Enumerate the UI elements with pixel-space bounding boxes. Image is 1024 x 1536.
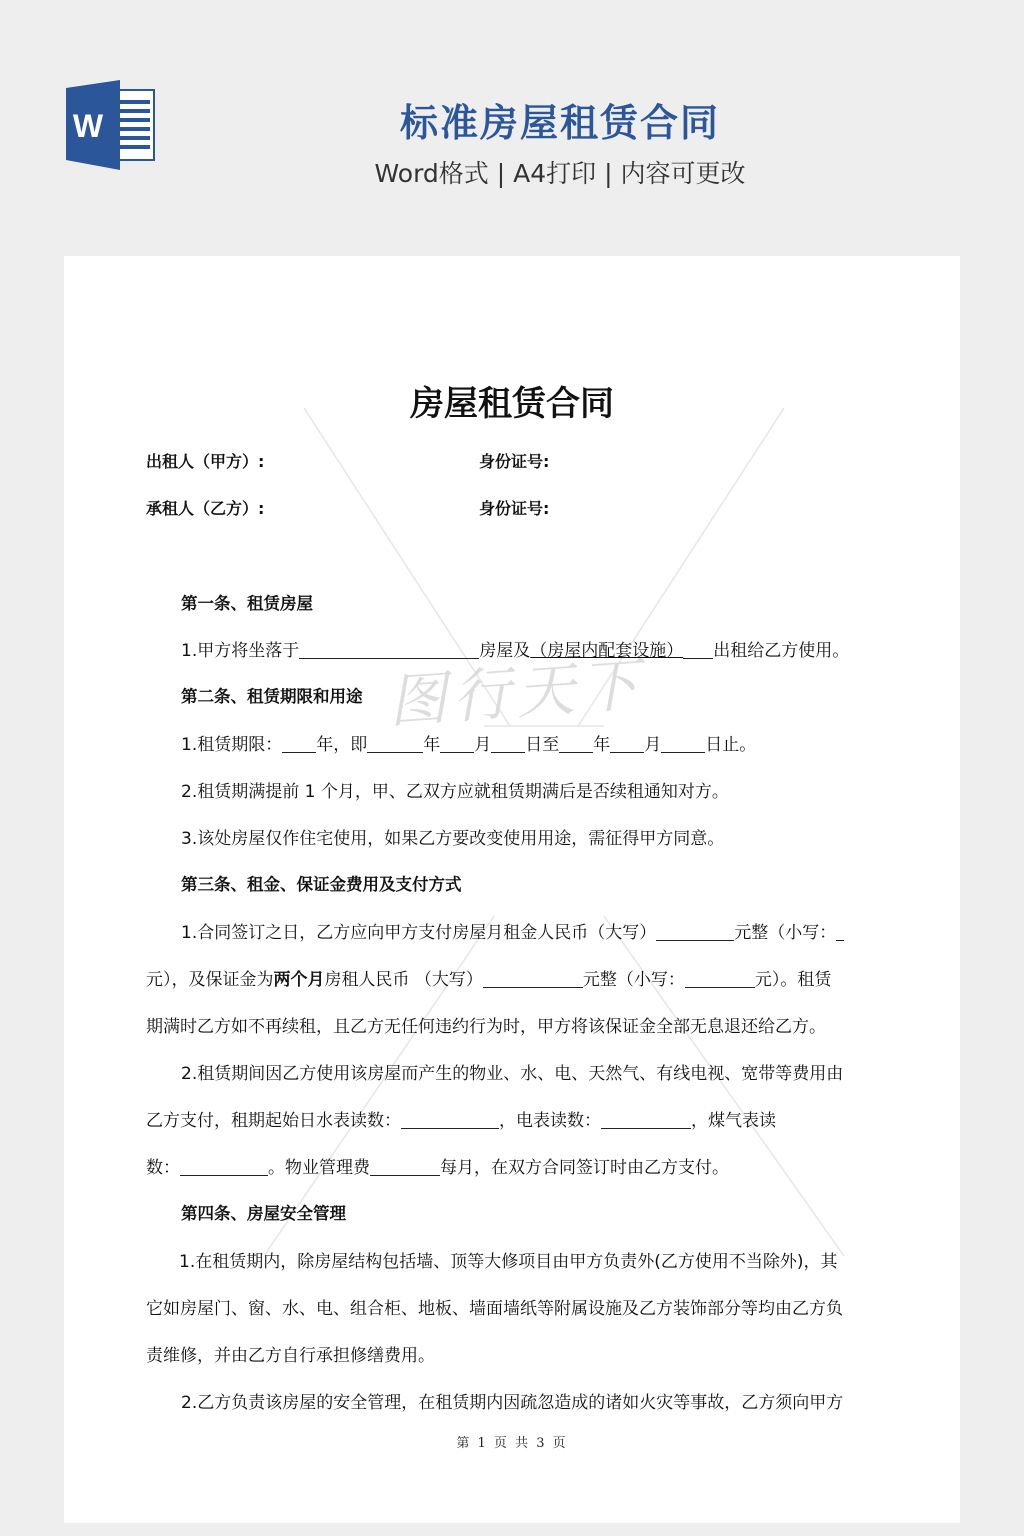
page-number-footer: 第 1 页 共 3 页: [64, 1432, 960, 1451]
section-4-clause-1-line-1: 1.在租赁期内，除房屋结构包括墙、顶等大修项目由甲方负责外(乙方使用不当除外)，…: [179, 1247, 837, 1272]
section-2-heading: 第二条、租赁期限和用途: [181, 683, 363, 707]
banner-title: 标准房屋租赁合同: [300, 92, 820, 147]
banner-header: W 标准房屋租赁合同 Word格式 | A4打印 | 内容可更改: [0, 0, 1024, 256]
property-fee-blank[interactable]: [370, 1158, 440, 1176]
deposit-lowercase-blank[interactable]: [685, 970, 755, 988]
lessee-id-label: 身份证号:: [479, 496, 549, 519]
document-page: 图行天下 房屋租赁合同 出租人（甲方）: 身份证号: 承租人（乙方）: 身份证号…: [64, 256, 960, 1523]
end-year-blank[interactable]: [559, 735, 593, 753]
section-3-heading: 第三条、租金、保证金费用及支付方式: [181, 871, 462, 895]
end-day-blank[interactable]: [661, 735, 705, 753]
section-4-heading: 第四条、房屋安全管理: [181, 1200, 346, 1224]
water-meter-blank[interactable]: [401, 1111, 499, 1129]
facilities-blank[interactable]: [683, 641, 713, 659]
section-4-clause-1-line-3: 责维修，并由乙方自行承担修缮费用。: [146, 1341, 435, 1366]
section-3-clause-2-line-1: 2.租赁期间因乙方使用该房屋而产生的物业、水、电、天然气、有线电视、宽带等费用由: [181, 1059, 843, 1084]
section-1-heading: 第一条、租赁房屋: [181, 590, 313, 614]
electric-meter-blank[interactable]: [601, 1111, 691, 1129]
section-2-clause-2: 2.租赁期满提前 1 个月，甲、乙双方应就租赁期满后是否续租通知对方。: [181, 777, 729, 802]
start-day-blank[interactable]: [491, 735, 525, 753]
start-month-blank[interactable]: [440, 735, 474, 753]
lessor-id-label: 身份证号:: [479, 449, 549, 472]
document-title: 房屋租赁合同: [64, 376, 960, 425]
lessor-label: 出租人（甲方）:: [146, 449, 264, 472]
section-3-clause-2-line-3: 数：。物业管理费每月，在双方合同签订时由乙方支付。: [146, 1153, 729, 1178]
term-years-blank[interactable]: [282, 735, 316, 753]
word-document-icon: W: [64, 80, 158, 170]
facilities-underlined: （房屋内配套设施）: [530, 641, 683, 661]
gas-meter-blank[interactable]: [180, 1158, 268, 1176]
rent-lowercase-blank[interactable]: [836, 923, 844, 941]
section-3-clause-1-line-1: 1.合同签订之日，乙方应向甲方支付房屋月租金人民币（大写）元整（小写：: [181, 918, 844, 943]
section-3-clause-1-line-3: 期满时乙方如不再续租，且乙方无任何违约行为时，甲方将该保证金全部无息退还给乙方。: [146, 1012, 826, 1037]
section-2-clause-1: 1.租赁期限：年，即年月日至年月日止。: [181, 730, 756, 755]
end-month-blank[interactable]: [610, 735, 644, 753]
section-4-clause-2-line-1: 2.乙方负责该房屋的安全管理，在租赁期内因疏忽造成的诸如火灾等事故，乙方须向甲方: [181, 1388, 843, 1413]
address-blank[interactable]: [299, 641, 479, 659]
svg-text:W: W: [73, 108, 104, 144]
deposit-months-bold: 两个月: [274, 970, 325, 990]
section-3-clause-2-line-2: 乙方支付，租期起始日水表读数：，电表读数：，煤气表读: [146, 1106, 776, 1131]
section-3-clause-1-line-2: 元），及保证金为两个月房租人民币 （大写）元整（小写：元）。租赁: [146, 965, 831, 990]
banner-subtitle: Word格式 | A4打印 | 内容可更改: [300, 154, 820, 190]
section-4-clause-1-line-2: 它如房屋门、窗、水、电、组合柜、地板、墙面墙纸等附属设施及乙方装饰部分等均由乙方…: [146, 1294, 843, 1319]
deposit-uppercase-blank[interactable]: [483, 970, 583, 988]
rent-uppercase-blank[interactable]: [656, 923, 734, 941]
section-2-clause-3: 3.该处房屋仅作住宅使用，如果乙方要改变使用用途，需征得甲方同意。: [181, 824, 724, 849]
lessee-label: 承租人（乙方）:: [146, 496, 264, 519]
section-1-clause-1: 1.甲方将坐落于房屋及（房屋内配套设施）出租给乙方使用。: [181, 636, 849, 661]
start-year-blank[interactable]: [367, 735, 423, 753]
